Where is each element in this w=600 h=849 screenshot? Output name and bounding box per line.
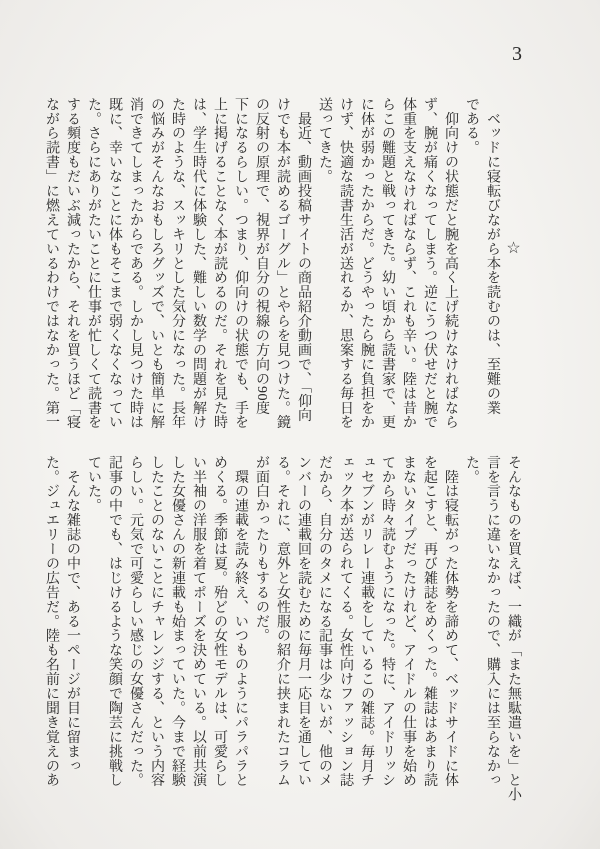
text-section-lower: そんなものを買えば、一織が「また無駄遣いを」と小 言を言うに違いなかったので、購…: [41, 455, 524, 805]
page-number: 3: [512, 44, 522, 64]
scene-break-star-icon: ☆: [503, 241, 524, 257]
text-section-upper: ベッドに寝転びながら本を読むのは、至難の業 である。 仰向けの状態だと腕を高く上…: [41, 97, 503, 447]
scanned-book-page: 3 ☆ ベッドに寝転びながら本を読むのは、至難の業 である。 仰向けの状態だと腕…: [0, 0, 600, 849]
